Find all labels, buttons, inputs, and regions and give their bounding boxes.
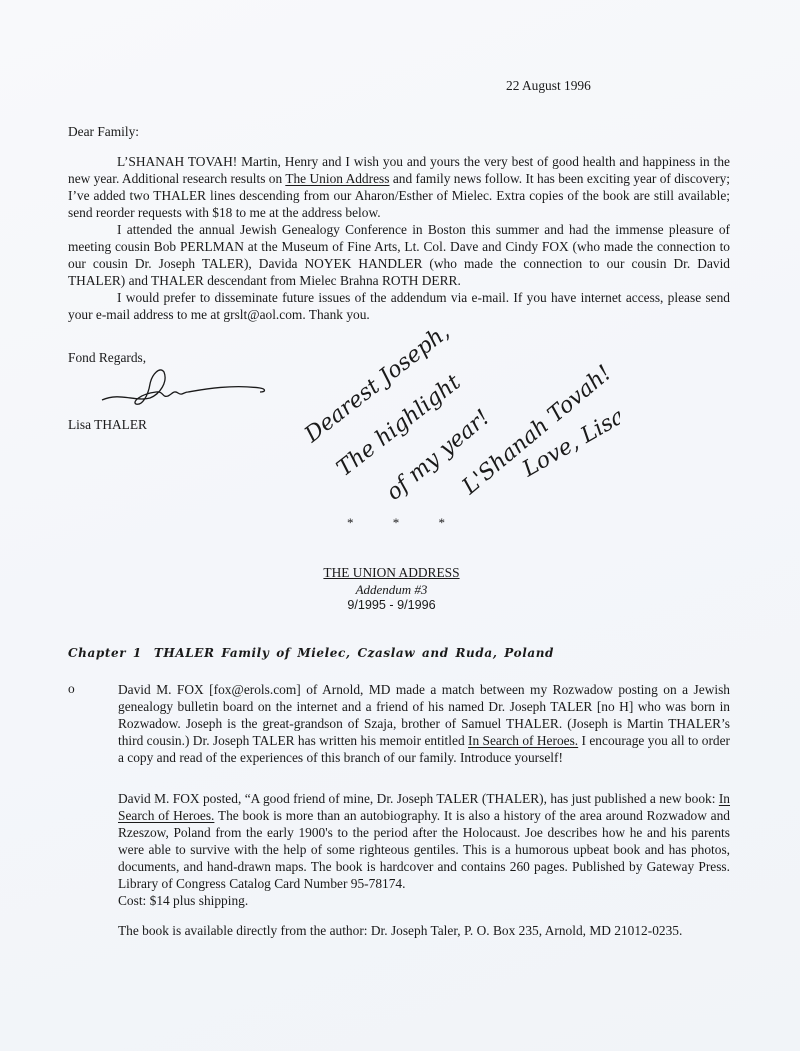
item-fox-post: David M. FOX posted, “A good friend of m… (118, 790, 730, 909)
paragraph-greeting: L’SHANAH TOVAH! Martin, Henry and I wish… (68, 153, 730, 221)
letter-body: L’SHANAH TOVAH! Martin, Henry and I wish… (68, 153, 730, 323)
union-address-title-ref: The Union Address (285, 171, 389, 186)
letter-date: 22 August 1996 (506, 78, 591, 94)
handwritten-note: Dearest Joseph, The highlight of my year… (300, 325, 620, 505)
signature-scribble (90, 362, 270, 412)
paragraph-email: I would prefer to disseminate future iss… (68, 289, 730, 323)
salutation: Dear Family: (68, 124, 139, 140)
addendum-title: THE UNION ADDRESS (0, 565, 783, 581)
addendum-date-range: 9/1995 - 9/1996 (0, 598, 783, 612)
book-title-ref: In Search of Heroes. (468, 733, 578, 748)
paragraph-conference: I attended the annual Jewish Genealogy C… (68, 221, 730, 289)
section-separator: * * * (347, 515, 463, 531)
bullet-marker: o (68, 681, 75, 697)
chapter-heading: Chapter 1THALER Family of Mielec, Czasla… (68, 646, 554, 660)
scanned-letter-page: 22 August 1996 Dear Family: L’SHANAH TOV… (0, 0, 800, 1051)
item-author-address: The book is available directly from the … (118, 922, 738, 939)
item-fox-match: David M. FOX [fox@erols.com] of Arnold, … (118, 681, 730, 766)
signer-name: Lisa THALER (68, 417, 147, 433)
book-cost: Cost: $14 plus shipping. (118, 892, 730, 909)
addendum-subtitle: Addendum #3 (0, 582, 783, 598)
